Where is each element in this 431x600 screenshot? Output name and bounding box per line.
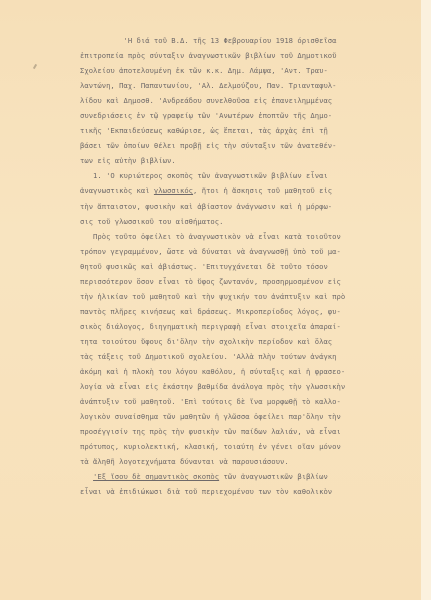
text-line: προσέγγισίν της πρὸς τὴν φυσικὴν τῶν παί… <box>80 424 415 439</box>
typewritten-page: 'Η διά τοῦ Β.Δ. τῆς 13 Φεβρουαρίου 1918 … <box>0 0 421 600</box>
underlined-phrase: γλωσσικός <box>154 186 193 195</box>
text-line: βάσει τῶν ὁποίων θέλει προβῇ εἰς τὴν σύν… <box>80 138 415 153</box>
text-line: ἀναγνωστικὸς καὶ γλωσσικός, ἤτοι ἡ ἄσκησ… <box>80 183 415 198</box>
text-line: ἀνάπτυξιν τοῦ μαθητοῦ. 'Επὶ τούτοις δὲ ἵ… <box>80 394 415 409</box>
text-line: 'Εξ ἴσου δὲ σημαντικὸς σκοπὸς τῶν ἀναγνω… <box>80 469 415 484</box>
text-line: ἀκόμη καὶ ἡ πλοκὴ του λόγου καθόλου, ἡ σ… <box>80 364 415 379</box>
paper-edge <box>421 0 431 600</box>
text-line: τὰ ἄληθῆ λογοτεχνήματα δύνανται νὰ παρου… <box>80 454 415 469</box>
text-line: Πρὸς τοῦτο ὀφείλει τὸ ἀναγνωστικὸν νὰ εἶ… <box>80 229 415 244</box>
text-line: λογικὸν συναίσθημα τῶν μαθητῶν ἡ γλῶσσα … <box>80 409 415 424</box>
text-line: τὰς τάξεις τοῦ Δημοτικοῦ σχολείου. 'Αλλὰ… <box>80 349 415 364</box>
text-line: συνεδριάσεις ἐν τῷ γραφείῳ τῶν 'Ανωτέρων… <box>80 108 415 123</box>
text-line: 'Η διά τοῦ Β.Δ. τῆς 13 Φεβρουαρίου 1918 … <box>80 33 415 48</box>
text-line: εἶναι νὰ ἐπιδιώκωσι διὰ τοῦ περιεχομένου… <box>80 484 415 499</box>
text-line: τητα τοιούτου ὕφους δι'ὅλην τὴν σχολικὴν… <box>80 334 415 349</box>
text-line: λαντώνη, Παχ. Παπαντωνίου, 'Αλ. Δελμούζο… <box>80 78 415 93</box>
text-line: παντὸς πλῆρες κινήσεως καὶ δράσεως. Μικρ… <box>80 304 415 319</box>
text-line: σις τοῦ γλωσσικοῦ του αἰσθήματος. <box>80 214 415 229</box>
text-line: περισσότερον ὅσον εἶναι τὸ ὕφος ζωντανόν… <box>80 274 415 289</box>
text-line: 1. 'Ο κυριώτερος σκοπὸς τῶν ἀναγνωστικῶν… <box>80 168 415 183</box>
text-line: ἐπιτροπεία πρὸς σύνταξιν ἀναγνωστικῶν βι… <box>80 48 415 63</box>
text-line: τὴν ἄπταιστον, φυσικὴν καὶ ἀβίαστον ἀνάγ… <box>80 199 415 214</box>
underlined-phrase: 'Εξ ἴσου δὲ σημαντικὸς σκοπὸς <box>93 472 219 481</box>
text-line: θητοῦ φυσικῶς καὶ ἀβιάστως. 'Επιτυγχάνετ… <box>80 259 415 274</box>
text-line: σικὸς διάλογος, διηγηματικὴ περιγραφὴ εἶ… <box>80 319 415 334</box>
text-line: τὴν ἡλικίαν τοῦ μαθητοῦ καὶ τὴν ψυχικήν … <box>80 289 415 304</box>
text-line: τρόπον γεγραμμένον, ὥστε νὰ δύναται νὰ ἀ… <box>80 244 415 259</box>
text-line: πρότυπος, κυριολεκτική, κλασική, τοιαύτη… <box>80 439 415 454</box>
text-line: λογία νὰ εἶναι εἰς ἑκάστην βαθμίδα ἀνάλο… <box>80 379 415 394</box>
text-line: των εἰς αὐτὴν βιβλίων. <box>80 153 415 168</box>
text-line: λίδου καὶ Δημοσθ. 'Ανδρεάδου συνελθοῦσα … <box>80 93 415 108</box>
text-line: Σχολείου ἀποτελουμένη ἐκ τῶν κ.κ. Δημ. Λ… <box>80 63 415 78</box>
text-line: τικῆς 'Εκπαιδεύσεως καθώρισε, ὡς ἕπεται,… <box>80 123 415 138</box>
pencil-mark <box>33 64 37 69</box>
document-body: 'Η διά τοῦ Β.Δ. τῆς 13 Φεβρουαρίου 1918 … <box>80 33 415 499</box>
